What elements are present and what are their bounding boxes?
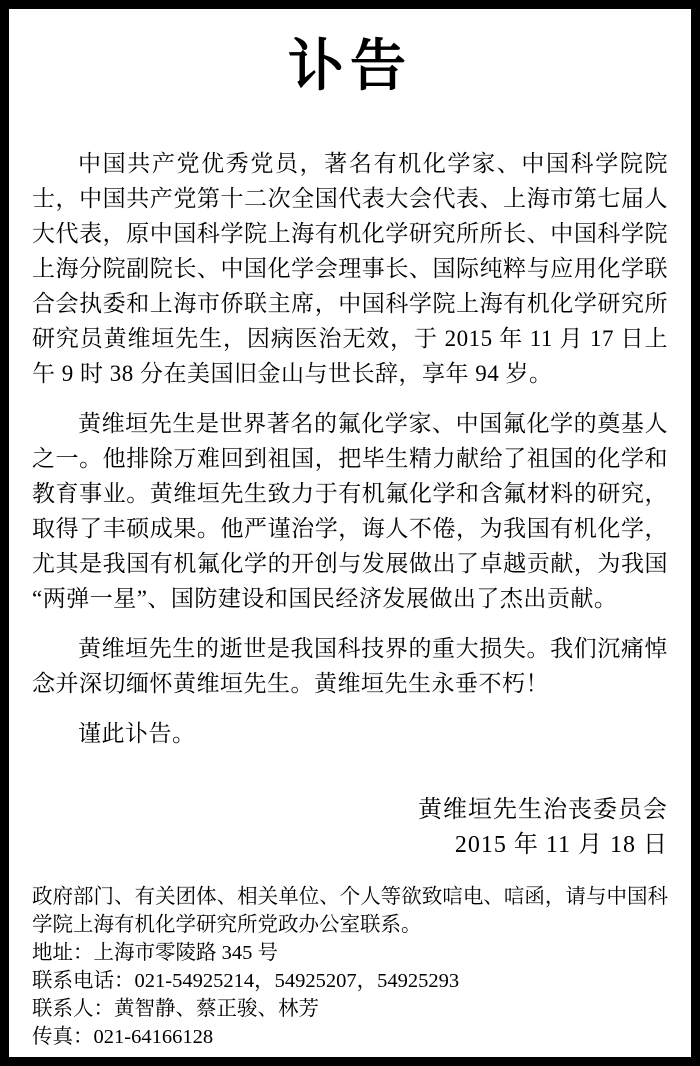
signature-date: 2015 年 11 月 18 日: [32, 828, 668, 863]
obituary-body: 中国共产党优秀党员，著名有机化学家、中国科学院院士，中国共产党第十二次全国代表大…: [32, 146, 668, 751]
footer-phone: 联系电话：021-54925214，54925207，54925293: [32, 967, 668, 995]
paragraph-mourning: 黄维垣先生的逝世是我国科技界的重大损失。我们沉痛悼念并深切缅怀黄维垣先生。黄维垣…: [32, 631, 668, 701]
page-title: 讣告: [32, 33, 668, 100]
contact-footer: 政府部门、有关团体、相关单位、个人等欲致唁电、唁函，请与中国科学院上海有机化学研…: [32, 883, 668, 1051]
signature-committee: 黄维垣先生治丧委员会: [32, 793, 668, 828]
obituary-notice-page: 讣告 中国共产党优秀党员，著名有机化学家、中国科学院院士，中国共产党第十二次全国…: [0, 0, 700, 1066]
footer-fax: 传真：021-64166128: [32, 1023, 668, 1051]
footer-address: 地址：上海市零陵路 345 号: [32, 939, 668, 967]
paragraph-achievements: 黄维垣先生是世界著名的氟化学家、中国氟化学的奠基人之一。他排除万难回到祖国，把毕…: [32, 406, 668, 616]
footer-condolence-note: 政府部门、有关团体、相关单位、个人等欲致唁电、唁函，请与中国科学院上海有机化学研…: [32, 883, 668, 939]
signature-block: 黄维垣先生治丧委员会 2015 年 11 月 18 日: [32, 793, 668, 863]
paragraph-biography: 中国共产党优秀党员，著名有机化学家、中国科学院院士，中国共产党第十二次全国代表大…: [32, 146, 668, 391]
footer-contact-persons: 联系人：黄智静、蔡正骏、林芳: [32, 995, 668, 1023]
closing-statement: 谨此讣告。: [32, 716, 668, 751]
